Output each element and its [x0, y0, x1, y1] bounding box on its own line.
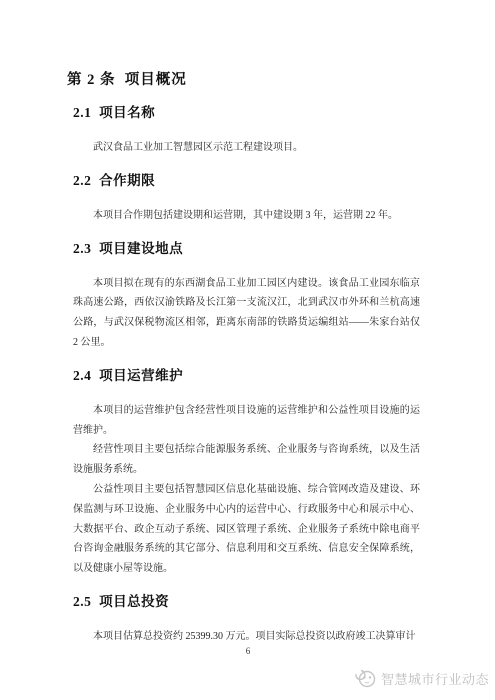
- paragraph: 本项目合作期包括建设期和运营期，其中建设期 3 年，运营期 22 年。: [73, 206, 420, 226]
- panda-face-logo-icon: [352, 667, 377, 689]
- section-heading-2-2: 2.2 合作期限: [73, 172, 420, 190]
- page-number: 6: [240, 646, 256, 656]
- paragraph: 武汉食品工业加工智慧园区示范工程建设项目。: [73, 138, 420, 158]
- document-content: 第 2 条 项目概况 2.1 项目名称 武汉食品工业加工智慧园区示范工程建设项目…: [0, 0, 495, 647]
- paragraph: 经营性项目主要包括综合能源服务系统、企业服务与咨询系统，以及生活设施服务系统。: [73, 440, 420, 480]
- section-heading-2-3: 2.3 项目建设地点: [73, 240, 420, 258]
- paragraph: 本项目拟在现有的东西湖食品工业加工园区内建设。该食品工业园东临京珠高速公路，西依…: [73, 274, 420, 353]
- chapter-heading: 第 2 条 项目概况: [67, 70, 420, 90]
- section-heading-2-1: 2.1 项目名称: [73, 104, 420, 122]
- paragraph: 公益性项目主要包括智慧园区信息化基础设施、综合管网改造及建设、环保监测与环卫设施…: [73, 480, 420, 579]
- watermark: 智慧城市行业动态: [352, 667, 489, 689]
- paragraph: 本项目的运营维护包含经营性项目设施的运营维护和公益性项目设施的运营维护。: [73, 401, 420, 441]
- document-page: { "document": { "chapter_heading": "第 2 …: [0, 0, 495, 700]
- section-heading-2-4: 2.4 项目运营维护: [73, 367, 420, 385]
- paragraph: 本项目估算总投资约 25399.30 万元。项目实际总投资以政府竣工决算审计: [73, 627, 420, 647]
- watermark-text: 智慧城市行业动态: [381, 669, 489, 688]
- section-heading-2-5: 2.5 项目总投资: [73, 593, 420, 611]
